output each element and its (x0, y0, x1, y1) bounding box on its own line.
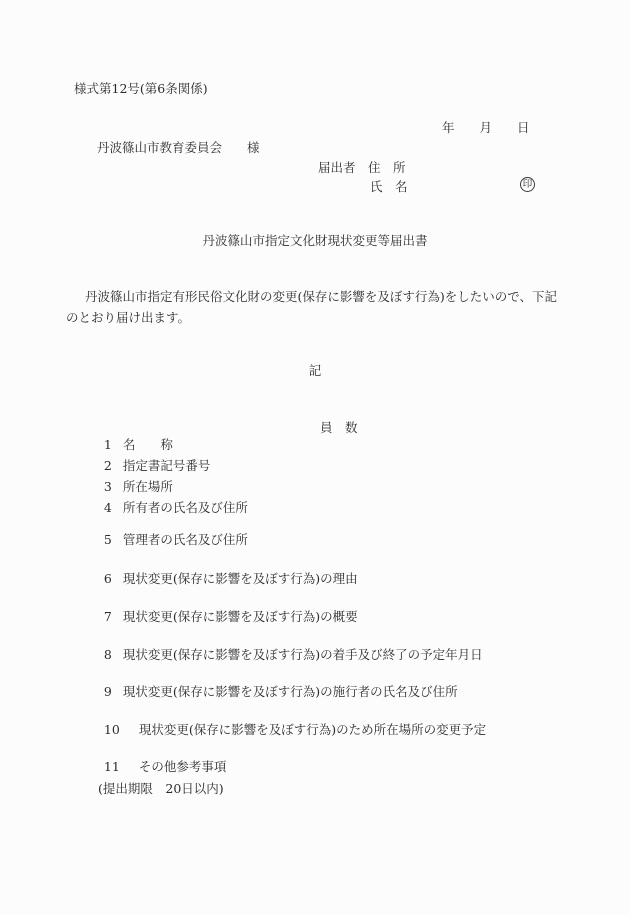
record-header: 記 (0, 362, 630, 379)
date-line: 年 月 日 (442, 119, 530, 136)
item-number: 5 (104, 531, 123, 548)
applicant-address-label: 届出者 住 所 (318, 159, 406, 176)
form-number: 様式第12号(第6条関係) (74, 80, 208, 97)
deadline-note: (提出期限 20日以内) (98, 780, 224, 797)
addressee: 丹波篠山市教育委員会 様 (97, 139, 260, 156)
item-label: 現状変更(保存に影響を及ぼす行為)の理由 (123, 571, 358, 586)
item-number: 10 (104, 721, 139, 738)
item-label: 管理者の氏名及び住所 (123, 532, 248, 547)
document-page: 様式第12号(第6条関係) 年 月 日 丹波篠山市教育委員会 様 届出者 住 所… (0, 0, 630, 915)
item-number: 8 (104, 646, 123, 663)
item-label: 所有者の氏名及び住所 (123, 500, 248, 515)
applicant-name-label: 氏 名 (370, 178, 408, 195)
seal-stamp: 印 (520, 177, 535, 192)
body-paragraph-line-2: のとおり届け出ます。 (66, 309, 190, 326)
member-count-label: 員 数 (320, 419, 358, 436)
item-number: 11 (104, 758, 139, 775)
item-label: 現状変更(保存に影響を及ぼす行為)の施行者の氏名及び住所 (123, 684, 458, 699)
item-label: 現状変更(保存に影響を及ぼす行為)の着手及び終了の予定年月日 (123, 647, 483, 662)
item-number: 6 (104, 570, 123, 587)
item-label: その他参考事項 (139, 759, 227, 774)
item-label: 現状変更(保存に影響を及ぼす行為)の概要 (123, 609, 358, 624)
document-title: 丹波篠山市指定文化財現状変更等届出書 (0, 232, 630, 249)
item-label: 現状変更(保存に影響を及ぼす行為)のため所在場所の変更予定 (139, 722, 486, 737)
item-number: 9 (104, 683, 123, 700)
item-number: 7 (104, 608, 123, 625)
body-paragraph-line-1: 丹波篠山市指定有形民俗文化財の変更(保存に影響を及ぼす行為)をしたいので、下記 (85, 288, 557, 305)
